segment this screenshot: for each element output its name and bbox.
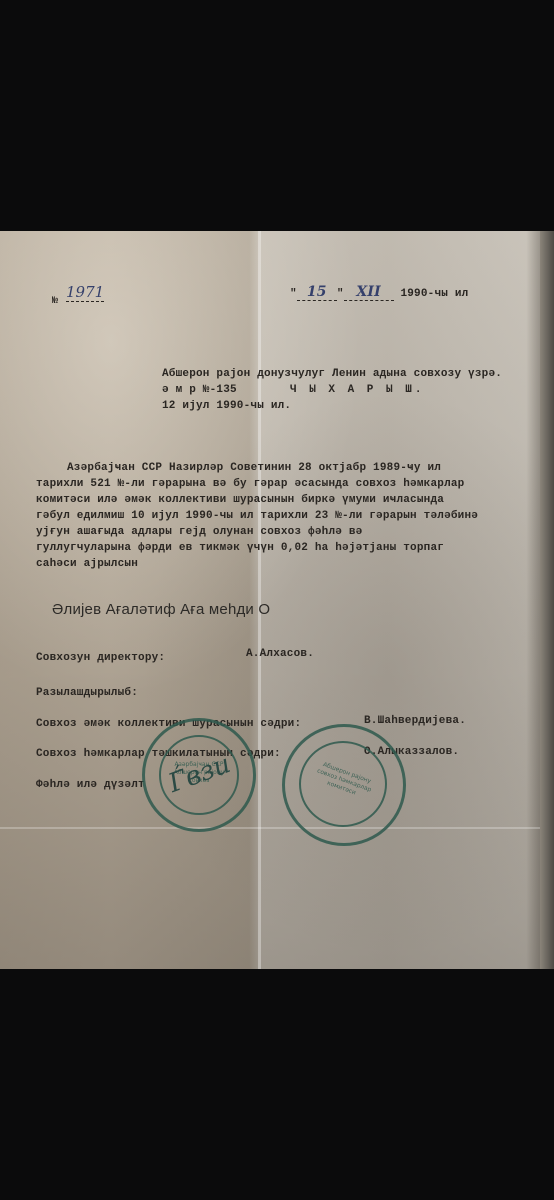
document-date: "15"XII 1990-чы ил bbox=[290, 284, 468, 301]
document-photo: № 1971 "15"XII 1990-чы ил Абшерон рајон … bbox=[0, 231, 554, 969]
header-title: Ч Ы Х А Р Ы Ш. bbox=[290, 384, 424, 396]
paper-fold-vertical bbox=[258, 231, 261, 969]
body-line: гәбул едилмиш 10 ијул 1990-чы ил тарихли… bbox=[36, 510, 478, 522]
paper-edge-shadow bbox=[540, 231, 554, 969]
body-line: комитәси илә әмәк коллективи шурасынын б… bbox=[36, 494, 444, 506]
body-line: тарихли 521 №-ли гәрарына вә бу гәрар әс… bbox=[36, 478, 464, 490]
signature-role-agreed: Разылашдырылыб: bbox=[36, 687, 138, 699]
header-order-line: ә м р №-135 bbox=[162, 384, 237, 396]
header-date: 12 ијул 1990-чы ил. bbox=[162, 400, 291, 412]
body-line: саһәси ајрылсын bbox=[36, 558, 138, 570]
body-line: ујғун ашағыда адлары гејд олунан совхоз … bbox=[36, 526, 362, 538]
signature-role-worker: Фәһлә илә дүзәлт bbox=[36, 779, 145, 791]
header-organization: Абшерон рајон донузчулуг Ленин адына сов… bbox=[162, 368, 502, 380]
round-seal-right: Абшерон рајону совхоз һәмкарлар комитәси bbox=[282, 724, 406, 846]
signature-name-director: А.Алхасов. bbox=[246, 648, 314, 660]
recipient-name: Әлијев Ағаләтиф Аға меһди О bbox=[52, 601, 270, 618]
paper-fold-horizontal bbox=[0, 827, 554, 829]
body-line: гуллугчуларына фәрди ев тикмәк үчүн 0,02… bbox=[36, 542, 444, 554]
body-line: Азәрбајҹан ССР Назирләр Советинин 28 окт… bbox=[67, 462, 441, 474]
signature-role-director: Совхозун директору: bbox=[36, 652, 165, 664]
document-number: 1971 bbox=[66, 283, 104, 302]
document-number-prefix: № bbox=[52, 296, 58, 307]
signature-name-council: В.Шаһвердијева. bbox=[364, 715, 466, 727]
